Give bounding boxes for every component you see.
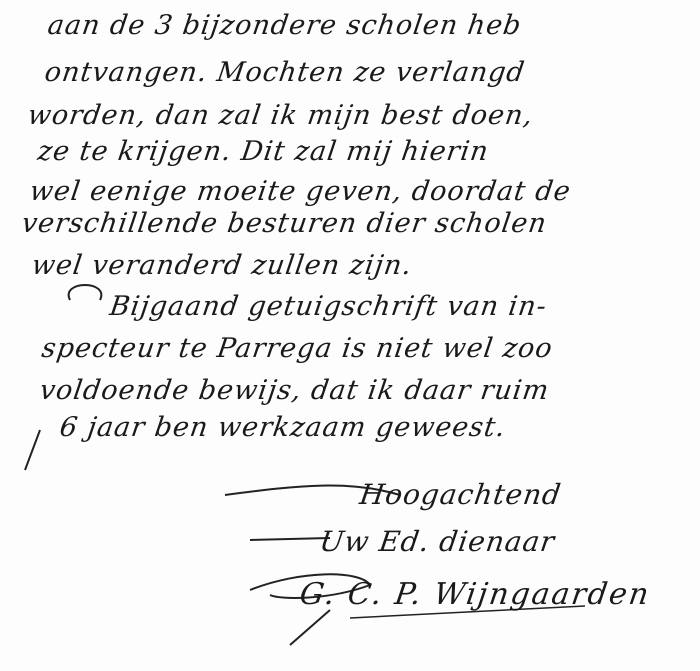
- pen-flourishes: [0, 0, 700, 671]
- signature: G. C. P. Wijngaarden: [298, 577, 653, 612]
- letter-page: aan de 3 bijzondere scholen heb ontvange…: [0, 0, 700, 671]
- closing-salutation: Hoogachtend: [358, 478, 564, 511]
- closing-servant: Uw Ed. dienaar: [318, 525, 558, 558]
